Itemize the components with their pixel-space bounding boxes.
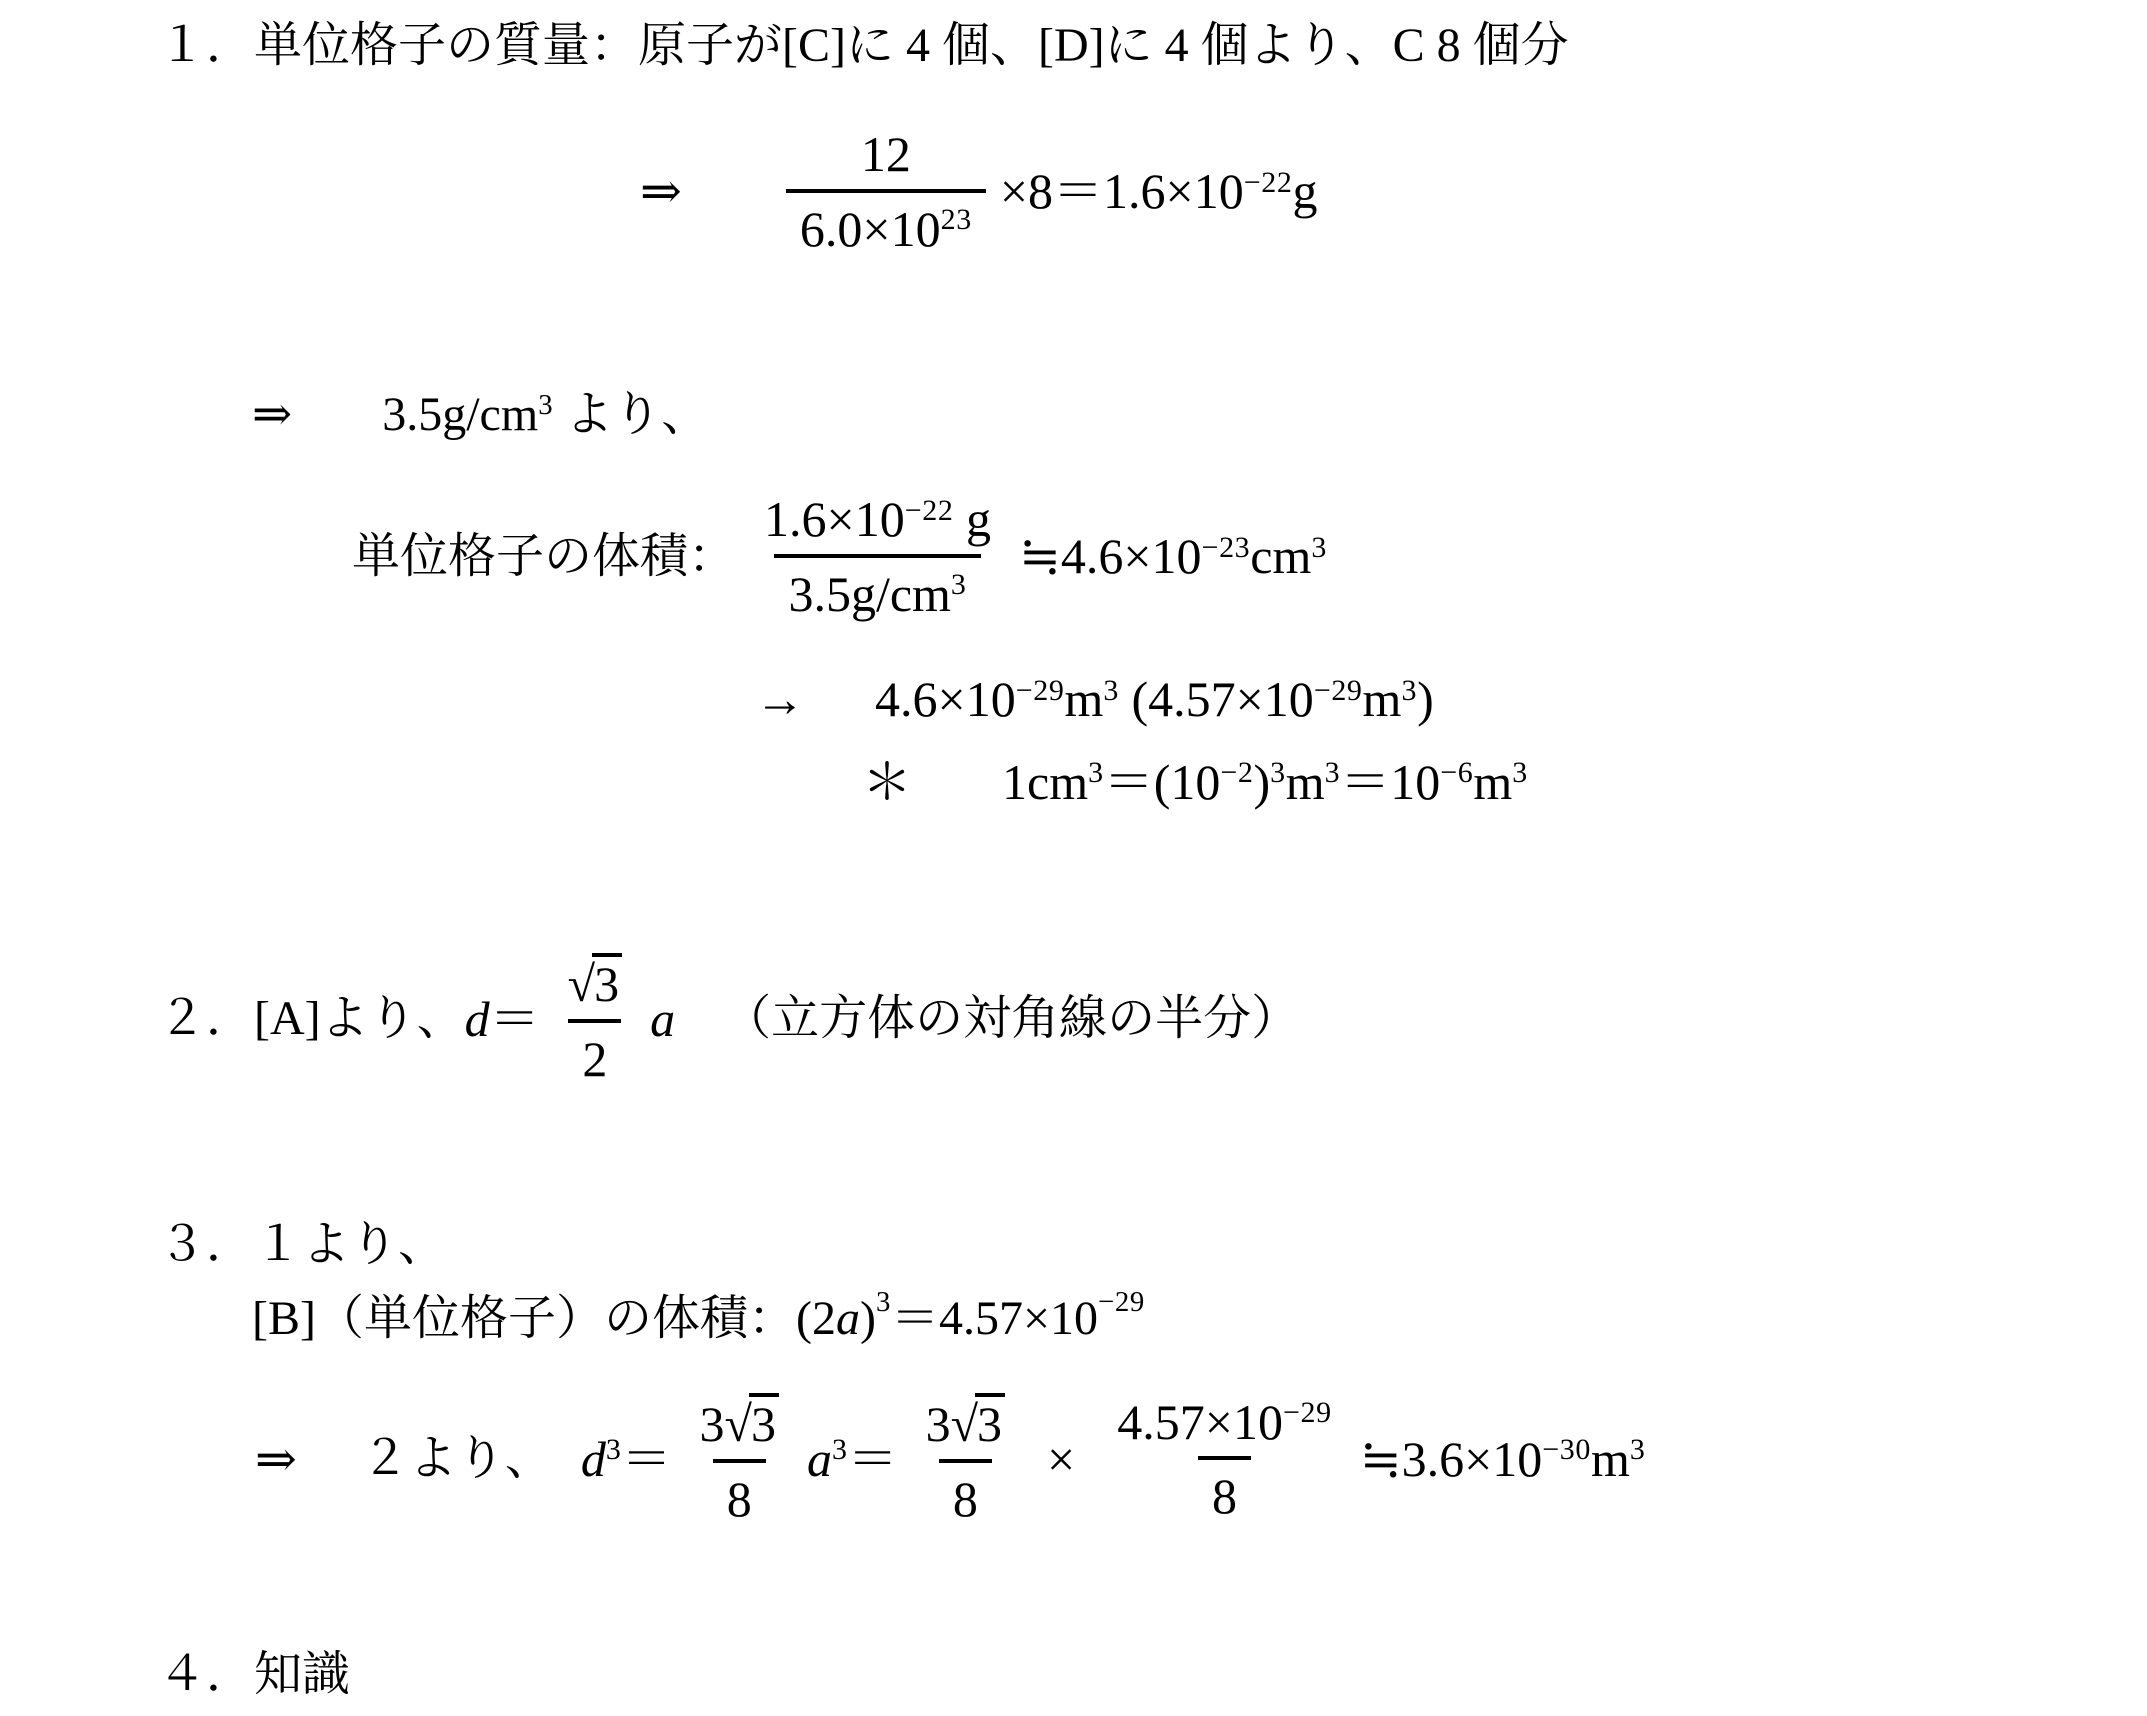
- volume-fraction-numerator: 1.6×10−22 g: [750, 493, 1005, 554]
- times-sign: ×: [1047, 1428, 1075, 1491]
- result-unit-exponent: 3: [1630, 1433, 1646, 1466]
- volume-label: 単位格子の体積：: [352, 527, 736, 587]
- fraction-numerator: 4.57×10−29: [1103, 1396, 1345, 1457]
- note-e3: 3: [1270, 756, 1286, 789]
- section4-heading-text: ４．知識: [158, 1645, 350, 1705]
- s3-eq: ＝4.57×10: [891, 1289, 1098, 1349]
- fraction-3sqrt3-over-8: 3√3 8: [912, 1393, 1019, 1525]
- fraction-denominator: 8: [939, 1459, 992, 1526]
- note-t6: m: [1473, 754, 1512, 810]
- document: １．単位格子の質量：原子が[C]に 4 個、[D]に 4 個より、C 8 個分 …: [0, 16, 2147, 1705]
- sqrt3-over-2-fraction: √3 2: [554, 953, 636, 1085]
- mass-result-unit: g: [1292, 163, 1317, 219]
- note-t3: ): [1253, 754, 1270, 810]
- section3-heading: ３．１より、: [158, 1215, 2147, 1275]
- sqrt-expression: √3: [951, 1396, 1005, 1452]
- radical-icon: √: [568, 958, 595, 1011]
- variable-a: a: [650, 988, 675, 1051]
- double-arrow-icon: ⇒: [255, 1428, 297, 1491]
- density-base: 3.5g/cm: [382, 388, 538, 441]
- unit-note-line: ＊ 1cm3＝(10−2)3m3＝10−6m3: [862, 751, 2147, 814]
- mass-result: ×8＝1.6×10−22g: [1000, 160, 1318, 223]
- volume-result: ≒4.6×10−23cm3: [1019, 525, 1327, 588]
- note-e4: 3: [1325, 756, 1341, 789]
- s3-exp: 3: [876, 1285, 891, 1321]
- mass-equation: ⇒ 12 6.0×1023 ×8＝1.6×10−22g: [640, 128, 2147, 255]
- unit-note-value: 1cm3＝(10−2)3m3＝10−6m3: [1002, 751, 1528, 814]
- mass-fraction-denominator: 6.0×1023: [786, 189, 986, 256]
- volume-result-unit-exponent: 3: [1311, 531, 1327, 564]
- fraction-numerator: 3√3: [912, 1393, 1019, 1459]
- num-base: 1.6×10: [764, 491, 905, 547]
- section1-heading: １．単位格子の質量：原子が[C]に 4 個、[D]に 4 個より、C 8 個分: [158, 16, 2147, 76]
- radical-icon: √: [725, 1398, 752, 1451]
- section1-heading-text: １．単位格子の質量：原子が[C]に 4 個、[D]に 4 個より、C 8 個分: [158, 16, 1569, 76]
- density-line: ⇒ 3.5g/cm3 より、: [252, 385, 2147, 445]
- section2-line: ２．[A]より、 d ＝ √3 2 a （立方体の対角線の半分）: [158, 953, 2147, 1085]
- note-e1: 3: [1088, 756, 1104, 789]
- coef: 3: [926, 1396, 951, 1452]
- mass-fraction: 12 6.0×1023: [786, 128, 986, 255]
- mass-result-base: ×8＝1.6×10: [1000, 163, 1244, 219]
- note-e2: −2: [1220, 756, 1253, 789]
- s3-close-paren: ): [860, 1289, 876, 1349]
- result-exponent: −30: [1542, 1433, 1591, 1466]
- conv-t2: (4.57×10: [1119, 671, 1314, 727]
- volume-approx: ≒4.6×10: [1019, 528, 1202, 584]
- conv-e1: −29: [1016, 674, 1065, 707]
- mass-fraction-numerator: 12: [847, 128, 925, 189]
- d-exponent: 3: [606, 1433, 622, 1466]
- asterisk-icon: ＊: [862, 751, 912, 814]
- fraction-numerator: 3√3: [686, 1393, 793, 1459]
- radical-icon: √: [951, 1398, 978, 1451]
- mass-result-exponent: −22: [1244, 166, 1293, 199]
- note-e5: −6: [1440, 756, 1473, 789]
- s3eq-d: d3: [581, 1428, 622, 1491]
- note-t4: m: [1286, 754, 1325, 810]
- fraction-denominator: 8: [1198, 1456, 1251, 1523]
- s3eq-result: ≒3.6×10−30m3: [1360, 1428, 1646, 1491]
- section3-equation: ⇒ ２より、 d3 ＝ 3√3 8 a3 ＝ 3√3 8 × 4.57×10−2…: [255, 1393, 2147, 1525]
- section3-volume-line: [B]（単位格子）の体積：(2a)3＝4.57×10−29: [252, 1289, 2147, 1349]
- volume-fraction: 1.6×10−22 g 3.5g/cm3: [750, 493, 1005, 620]
- coef: 3: [700, 1396, 725, 1452]
- variable-a: a: [836, 1289, 860, 1349]
- density-value: 3.5g/cm3 より、: [382, 385, 709, 445]
- conv-ue2: 3: [1401, 674, 1417, 707]
- section2-prefix: ２．[A]より、: [158, 989, 465, 1049]
- radicand: 3: [749, 1393, 779, 1451]
- conv-e2: −29: [1314, 674, 1363, 707]
- section4-heading: ４．知識: [158, 1645, 2147, 1705]
- s3eq-lead: ２より、: [361, 1429, 553, 1489]
- double-arrow-icon: ⇒: [640, 160, 682, 223]
- right-arrow-icon: →: [755, 668, 805, 731]
- note-t2: ＝(10: [1104, 754, 1221, 810]
- note-t1: 1cm: [1002, 754, 1088, 810]
- fraction-3sqrt3-over-8-a: 3√3 8: [686, 1393, 793, 1525]
- equals-sign: ＝: [622, 1428, 672, 1491]
- density-exponent: 3: [538, 389, 553, 421]
- approx-base: ≒3.6×10: [1360, 1431, 1543, 1487]
- variable-d: d: [581, 1431, 606, 1487]
- num-base: 4.57×10: [1117, 1394, 1283, 1450]
- num-unit: g: [953, 491, 991, 547]
- section3-heading-text: ３．１より、: [158, 1215, 446, 1275]
- equals-sign: ＝: [848, 1428, 898, 1491]
- variable-a: a: [807, 1431, 832, 1487]
- num-exponent: −29: [1283, 1396, 1332, 1429]
- equals-sign: ＝: [490, 988, 540, 1051]
- note-t5: ＝10: [1340, 754, 1440, 810]
- s3eq-a: a3: [807, 1428, 848, 1491]
- conversion-line: → 4.6×10−29m3 (4.57×10−29m3): [755, 668, 2147, 731]
- conv-u1: m: [1064, 671, 1103, 727]
- volume-result-unit: cm: [1250, 528, 1311, 584]
- volume-result-exponent: −23: [1202, 531, 1251, 564]
- conversion-value: 4.6×10−29m3 (4.57×10−29m3): [875, 668, 1434, 731]
- section2-paren-note: （立方体の対角線の半分）: [723, 989, 1299, 1049]
- fraction-457e-29-over-8: 4.57×10−29 8: [1103, 1396, 1345, 1523]
- variable-d: d: [465, 988, 490, 1051]
- conv-ue1: 3: [1103, 674, 1119, 707]
- den-exponent: 23: [941, 203, 972, 236]
- a-exponent: 3: [832, 1433, 848, 1466]
- s3-exp2: −29: [1098, 1285, 1145, 1321]
- sqrt-expression: √3: [568, 956, 622, 1012]
- radicand: 3: [975, 1393, 1005, 1451]
- conv-u2: m: [1363, 671, 1402, 727]
- fraction-denominator-2: 2: [568, 1019, 621, 1086]
- result-unit: m: [1591, 1431, 1630, 1487]
- double-arrow-icon: ⇒: [252, 385, 292, 445]
- volume-equation: 単位格子の体積： 1.6×10−22 g 3.5g/cm3 ≒4.6×10−23…: [352, 493, 2147, 620]
- radicand: 3: [592, 953, 622, 1011]
- conv-t1: 4.6×10: [875, 671, 1016, 727]
- den-base: 3.5g/cm: [788, 566, 950, 622]
- s3-pre: [B]（単位格子）の体積：(2: [252, 1289, 836, 1349]
- den-exponent: 3: [951, 568, 967, 601]
- sqrt-expression: √3: [725, 1396, 779, 1452]
- sqrt3-numerator: √3: [554, 953, 636, 1019]
- fraction-denominator: 8: [713, 1459, 766, 1526]
- note-e6: 3: [1512, 756, 1528, 789]
- density-suffix: より、: [553, 388, 709, 441]
- num-exponent: −22: [905, 494, 954, 527]
- volume-fraction-denominator: 3.5g/cm3: [774, 554, 980, 621]
- den-base: 6.0×10: [800, 201, 941, 257]
- conv-t3: ): [1417, 671, 1434, 727]
